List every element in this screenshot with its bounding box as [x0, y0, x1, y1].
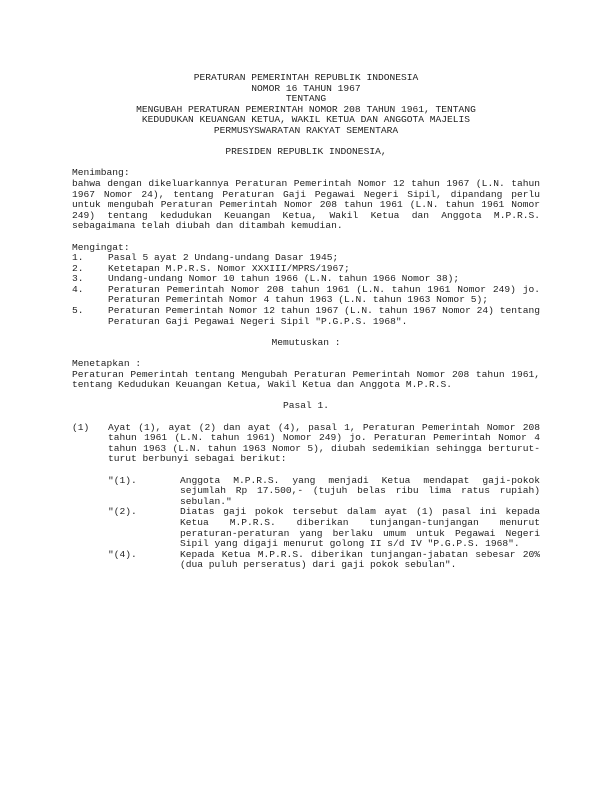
sub-ayat-number: "(2).: [108, 507, 180, 549]
mengingat-list: 1. Pasal 5 ayat 2 Undang-undang Dasar 19…: [72, 253, 540, 327]
sub-ayat-item: "(1). Anggota M.P.R.S. yang menjadi Ketu…: [108, 476, 540, 508]
document-page: PERATURAN PEMERINTAH REPUBLIK INDONESIA …: [72, 73, 540, 571]
header-line: PERATURAN PEMERINTAH REPUBLIK INDONESIA: [72, 73, 540, 84]
ayat-item: (1) Ayat (1), ayat (2) dan ayat (4), pas…: [72, 423, 540, 571]
list-number: 4.: [72, 285, 108, 306]
sub-ayat-number: "(4).: [108, 550, 180, 571]
sub-ayat-item: "(2). Diatas gaji pokok tersebut dalam a…: [108, 507, 540, 549]
menimbang-text: bahwa dengan dikeluarkannya Peraturan Pe…: [72, 179, 540, 232]
document-header: PERATURAN PEMERINTAH REPUBLIK INDONESIA …: [72, 73, 540, 137]
list-text: Peraturan Pemerintah Nomor 208 tahun 196…: [108, 285, 540, 306]
sub-ayat-text: Diatas gaji pokok tersebut dalam ayat (1…: [180, 507, 540, 549]
ayat-body: Ayat (1), ayat (2) dan ayat (4), pasal 1…: [108, 423, 540, 571]
list-item: 5. Peraturan Pemerintah Nomor 12 tahun 1…: [72, 306, 540, 327]
sub-ayat-text: Kepada Ketua M.P.R.S. diberikan tunjanga…: [180, 550, 540, 571]
ayat-text: Ayat (1), ayat (2) dan ayat (4), pasal 1…: [108, 423, 540, 465]
header-line: PERMUSYSWARATAN RAKYAT SEMENTARA: [72, 126, 540, 137]
sub-ayat-number: "(1).: [108, 476, 180, 508]
president-heading: PRESIDEN REPUBLIK INDONESIA,: [72, 147, 540, 158]
list-text: Peraturan Pemerintah Nomor 12 tahun 1967…: [108, 306, 540, 327]
list-number: 5.: [72, 306, 108, 327]
ayat-number: (1): [72, 423, 108, 571]
list-item: 4. Peraturan Pemerintah Nomor 208 tahun …: [72, 285, 540, 306]
pasal-title: Pasal 1.: [72, 401, 540, 412]
sub-ayat-item: "(4). Kepada Ketua M.P.R.S. diberikan tu…: [108, 550, 540, 571]
menetapkan-text: Peraturan Pemerintah tentang Mengubah Pe…: [72, 370, 540, 391]
memutuskan-heading: Memutuskan :: [72, 338, 540, 349]
sub-ayat-text: Anggota M.P.R.S. yang menjadi Ketua mend…: [180, 476, 540, 508]
